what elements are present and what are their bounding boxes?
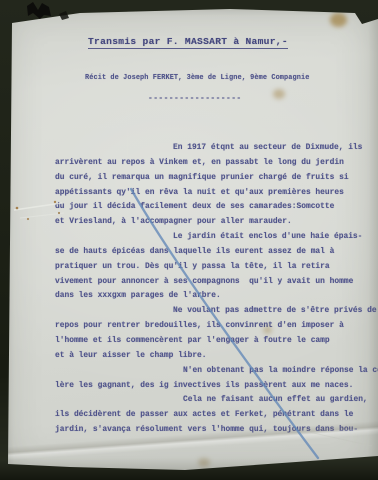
document-title: Récit de Joseph FERKET, 3ème de Ligne, 9…: [85, 74, 309, 82]
typed-line: N'en obtenant pas la moindre réponse la …: [55, 364, 355, 379]
scanned-page: Transmis par F. MASSART à Namur,- Récit …: [0, 0, 378, 480]
paper-stain: [198, 458, 210, 467]
photographed-archive-scan: Transmis par F. MASSART à Namur,- Récit …: [0, 0, 378, 480]
typed-line: et Vriesland, à l'accompagner pour aller…: [55, 215, 355, 230]
typed-line: du curé, il remarqua un magnifique pruni…: [55, 171, 355, 186]
paper-stain: [330, 13, 347, 27]
typed-line: jardin, s'avança résolument vers l'homme…: [55, 423, 355, 438]
separator-dashes: ------------------: [148, 94, 242, 103]
transmission-header: Transmis par F. MASSART à Namur,-: [88, 36, 288, 49]
paper-stain: [263, 326, 272, 334]
paper-stain: [273, 89, 285, 99]
typed-body-text: En 1917 étqnt au secteur de Dixmude, ils…: [55, 141, 355, 438]
typed-line: lère les gagnant, des ig invectives ils …: [55, 379, 355, 394]
torn-black-mark: [27, 2, 51, 19]
typed-line: du jour il décida facilement deux de ses…: [55, 200, 355, 215]
typed-line: repos pour rentrer bredouilles, ils conv…: [55, 319, 355, 334]
typed-line: pratiquer un trou. Dès qu'il y passa la …: [55, 260, 355, 275]
typed-line: appétissants qy'il en rêva la nuit et qu…: [55, 186, 355, 201]
typed-line: dans les xxxgxm parages de l'arbre.: [55, 289, 355, 304]
typed-line: arrivèrent au repos à Vinkem et, en pass…: [55, 156, 355, 171]
typed-line: Ne voulant pas admettre de s'être privés…: [55, 304, 355, 319]
typed-line: se de hauts épicéas dans laquelle ils eu…: [55, 245, 355, 260]
typed-line: vivement pour annoncer à ses compagnons …: [55, 275, 355, 290]
typed-line: En 1917 étqnt au secteur de Dixmude, ils: [55, 141, 355, 156]
typed-line: l'homme et ils commencèrent par l'engage…: [55, 334, 355, 349]
typed-line: ils décidèrent de passer aux actes et Fe…: [55, 408, 355, 423]
typed-line: Le jardin était enclos d'une haie épais-: [55, 230, 355, 245]
typed-line: Cela ne faisant aucun effet au gardien,: [55, 393, 355, 408]
typed-line: et à leur aisser le champ libre.: [55, 349, 355, 364]
